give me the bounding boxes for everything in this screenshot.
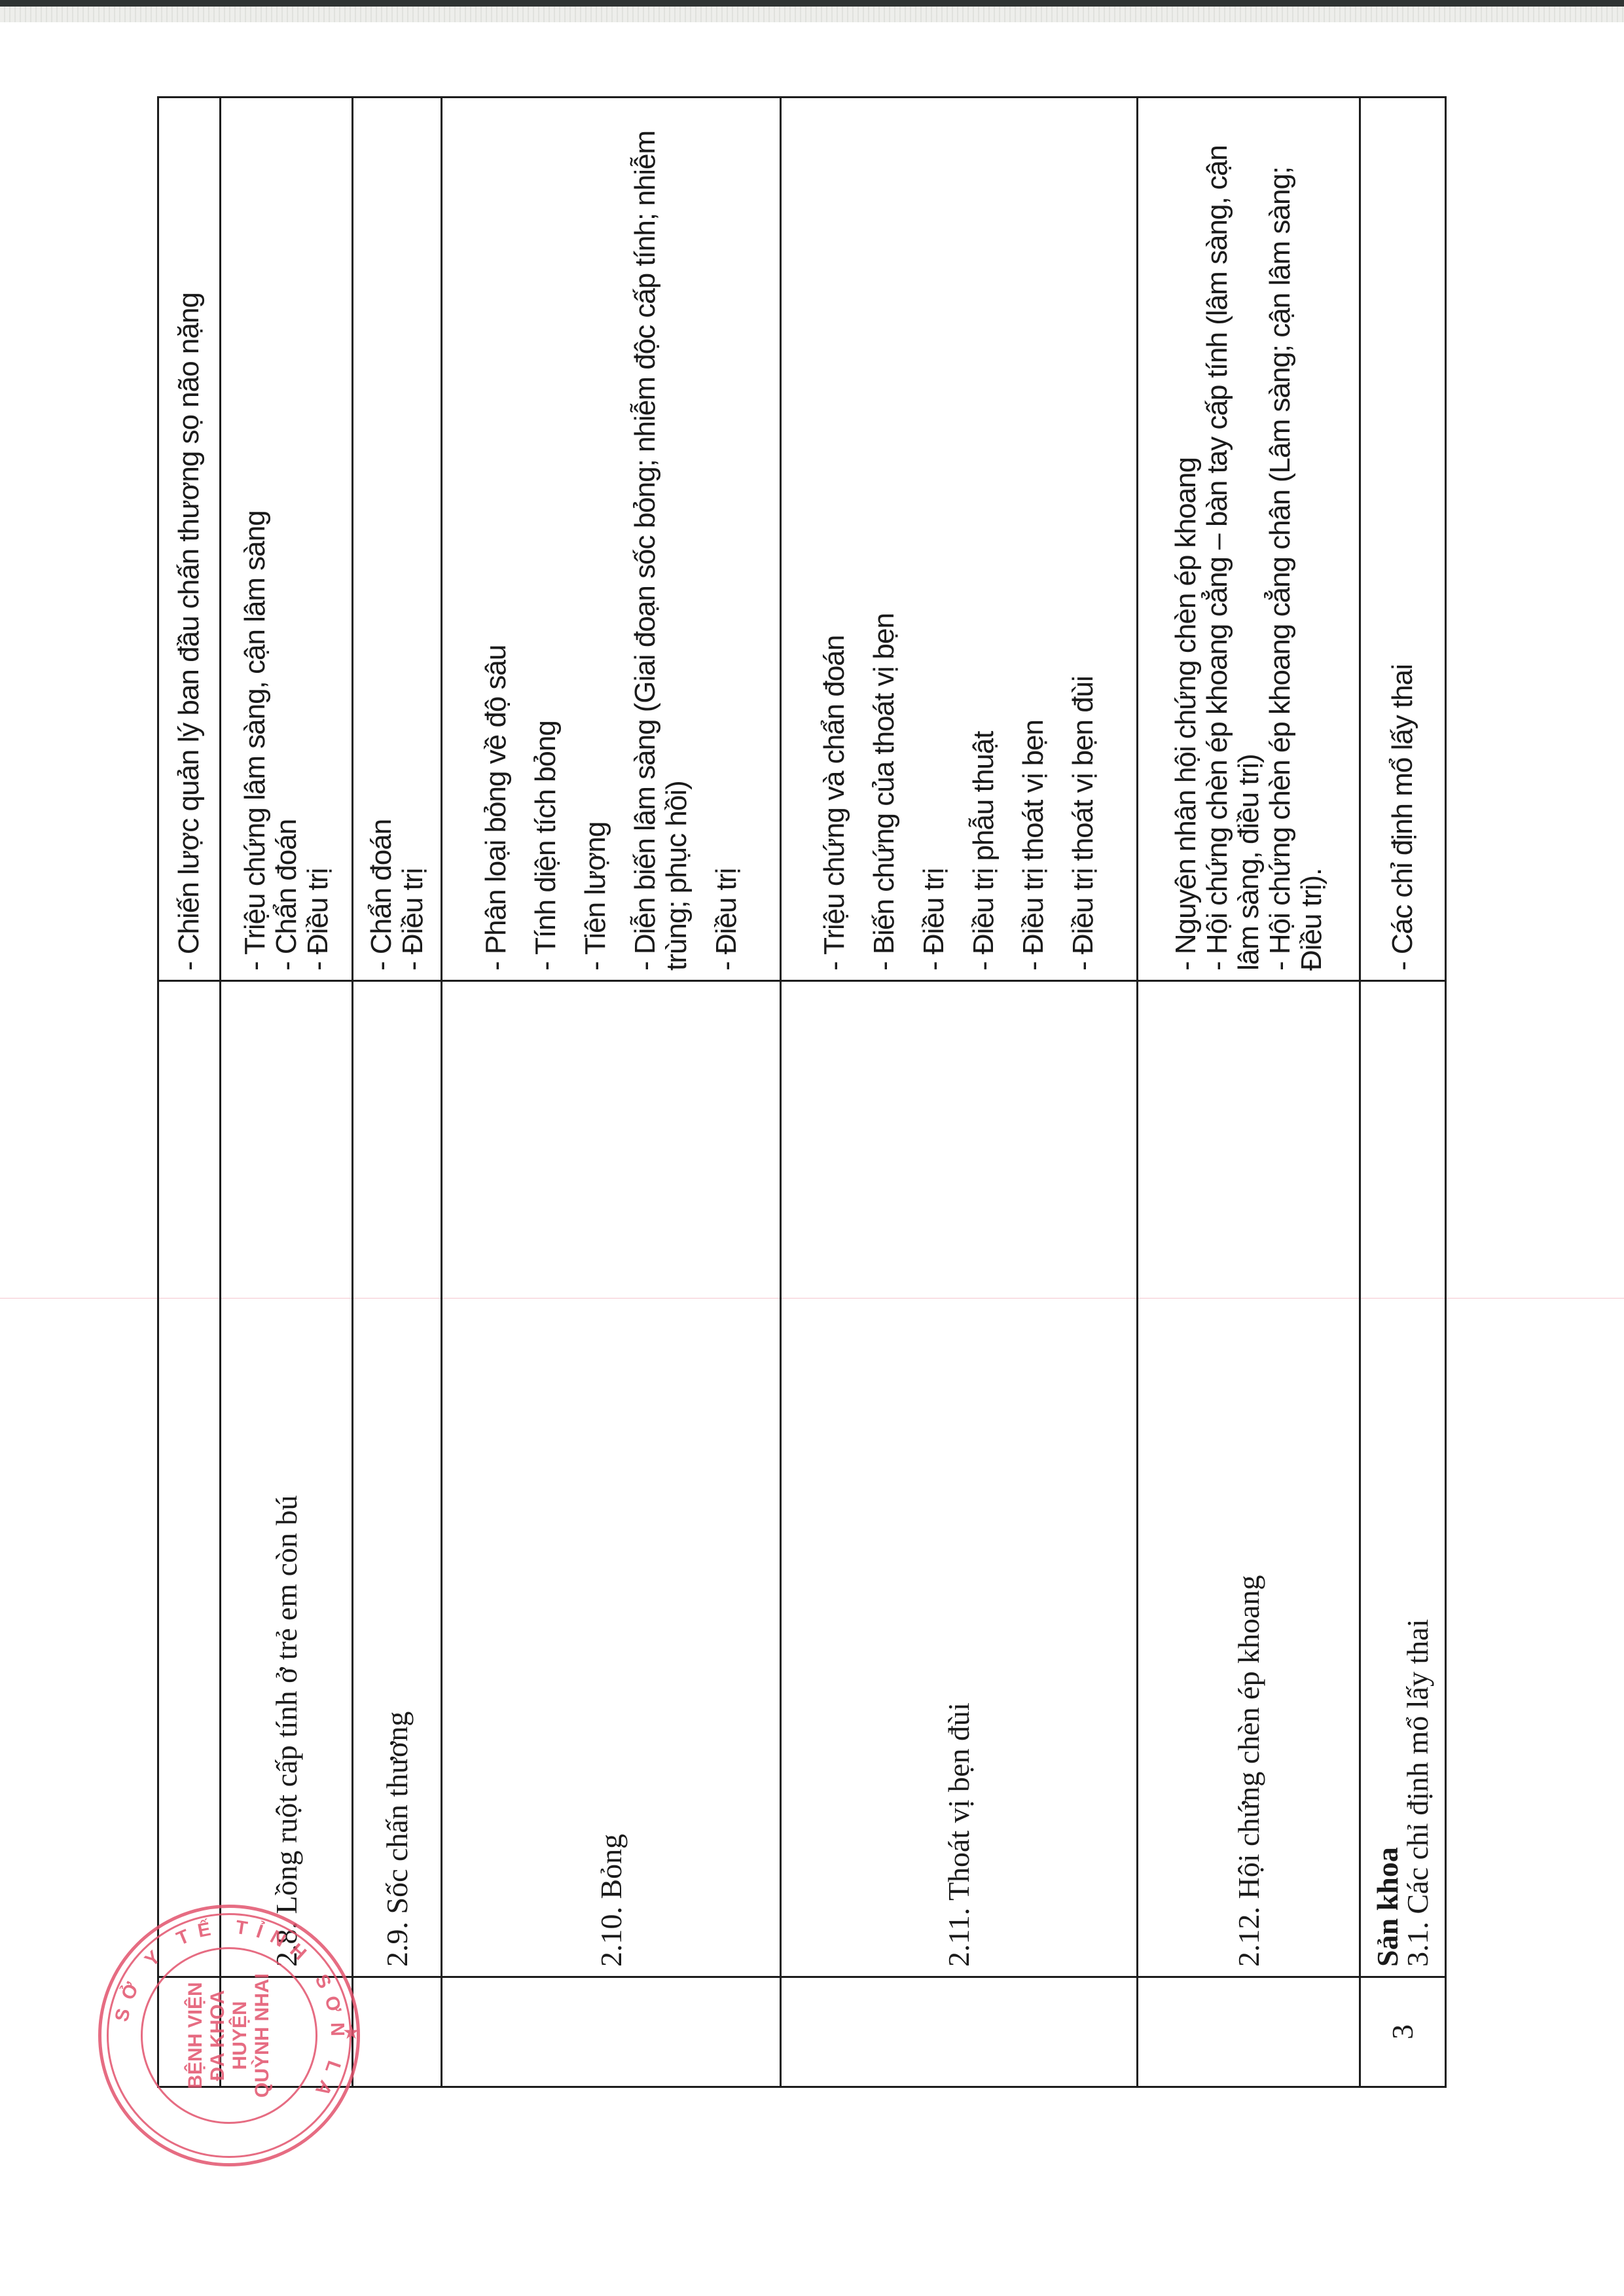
content-item: Điều trị phẫu thuật	[968, 107, 1000, 971]
index-cell	[781, 1977, 1138, 2087]
content-list: Triệu chứng lâm sàng, cận lâm sàng Chẩn …	[240, 107, 334, 971]
content-list: Các chỉ định mổ lấy thai	[1387, 107, 1418, 971]
table-row: 2.9. Sốc chấn thương Chẩn đoán Điều trị	[353, 98, 442, 2087]
content-item: Biến chứng của thoát vị bẹn	[869, 107, 900, 971]
table-row: 2.12. Hội chứng chèn ép khoang Nguyên nh…	[1138, 98, 1360, 2087]
star-icon: ★	[342, 2021, 360, 2044]
scanner-strip	[0, 7, 1624, 22]
content-cell: Triệu chứng lâm sàng, cận lâm sàng Chẩn …	[221, 98, 353, 981]
content-item: Chẩn đoán	[366, 107, 397, 971]
stamp-line: ĐA KHOA	[207, 1973, 229, 2098]
content-item: Nguyên nhân hội chứng chèn ép khoang	[1170, 107, 1202, 971]
index-cell	[442, 1977, 781, 2087]
table-row: Chiến lược quản lý ban đầu chấn thương s…	[158, 98, 221, 2087]
content-item: Điều trị	[918, 107, 950, 971]
index-cell	[353, 1977, 442, 2087]
content-item: Điều trị thoát vị bẹn	[1018, 107, 1049, 971]
rotated-page-content: Chiến lược quản lý ban đầu chấn thương s…	[157, 98, 1445, 2088]
content-cell: Các chỉ định mổ lấy thai	[1360, 98, 1446, 981]
content-item: Chẩn đoán	[271, 107, 302, 971]
content-item: Hội chứng chèn ép khoang cẳng – bàn tay …	[1202, 107, 1265, 971]
stamp-center-text: BỆNH VIỆN ĐA KHOA HUYỆN QUỲNH NHAI	[185, 1973, 274, 2098]
topic-cell: 2.12. Hội chứng chèn ép khoang	[1138, 981, 1360, 1977]
content-list: Phân loại bỏng về độ sâu Tính diện tích …	[480, 107, 742, 971]
content-item: Các chỉ định mổ lấy thai	[1387, 107, 1418, 971]
index-cell	[1138, 1977, 1360, 2087]
content-item: Điều trị	[302, 107, 334, 971]
content-cell: Nguyên nhân hội chứng chèn ép khoang Hội…	[1138, 98, 1360, 981]
topic-cell: 2.11. Thoát vị bẹn đùi	[781, 981, 1138, 1977]
topic-cell: 2.9. Sốc chấn thương	[353, 981, 442, 1977]
content-item: Chiến lược quản lý ban đầu chấn thương s…	[173, 107, 205, 971]
table-row: 2.10. Bỏng Phân loại bỏng về độ sâu Tính…	[442, 98, 781, 2087]
topic-cell	[158, 981, 221, 1977]
content-item: Triệu chứng và chẩn đoán	[819, 107, 850, 971]
content-item: Triệu chứng lâm sàng, cận lâm sàng	[240, 107, 271, 971]
content-list: Nguyên nhân hội chứng chèn ép khoang Hội…	[1170, 107, 1327, 971]
content-item: Điều trị	[397, 107, 429, 971]
topic-cell: 2.10. Bỏng	[442, 981, 781, 1977]
table-row: 3 Sản khoa 3.1. Các chỉ định mổ lấy thai…	[1360, 98, 1446, 2087]
topic-cell: Sản khoa 3.1. Các chỉ định mổ lấy thai	[1360, 981, 1446, 1977]
stamp-line: QUỲNH NHAI	[251, 1973, 274, 2098]
content-item: Phân loại bỏng về độ sâu	[480, 107, 512, 971]
content-list: Triệu chứng và chẩn đoán Biến chứng của …	[819, 107, 1099, 971]
content-cell: Phân loại bỏng về độ sâu Tính diện tích …	[442, 98, 781, 981]
content-cell: Triệu chứng và chẩn đoán Biến chứng của …	[781, 98, 1138, 981]
content-item: Điều trị thoát vị bẹn đùi	[1068, 107, 1099, 971]
content-cell: Chiến lược quản lý ban đầu chấn thương s…	[158, 98, 221, 981]
index-cell: 3	[1360, 1977, 1446, 2087]
stamp-line: HUYỆN	[229, 1973, 251, 2098]
topic-cell: 2.8. Lồng ruột cấp tính ở trẻ em còn bú	[221, 981, 353, 1977]
stamp-line: BỆNH VIỆN	[185, 1973, 207, 2098]
content-item: Tiên lượng	[580, 107, 611, 971]
content-item: Diễn biến lâm sàng (Giai đoạn sốc bỏng; …	[630, 107, 693, 971]
content-item: Điều trị	[711, 107, 742, 971]
hospital-stamp: SỞ Y TẾ TỈNH SƠN LA BỆNH VIỆN ĐA KHOA HU…	[98, 1905, 360, 2166]
content-item: Tính diện tích bỏng	[530, 107, 562, 971]
table-row: 2.11. Thoát vị bẹn đùi Triệu chứng và ch…	[781, 98, 1138, 2087]
content-list: Chiến lược quản lý ban đầu chấn thương s…	[173, 107, 205, 971]
curriculum-table: Chiến lược quản lý ban đầu chấn thương s…	[157, 96, 1447, 2088]
content-cell: Chẩn đoán Điều trị	[353, 98, 442, 981]
table-row: 2.8. Lồng ruột cấp tính ở trẻ em còn bú …	[221, 98, 353, 2087]
scanner-edge	[0, 0, 1624, 7]
section-title: Sản khoa	[1373, 991, 1403, 1967]
content-list: Chẩn đoán Điều trị	[366, 107, 429, 971]
content-item: Hội chứng chèn ép khoang cẳng chân (Lâm …	[1265, 107, 1327, 971]
topic-title: 3.1. Các chỉ định mổ lấy thai	[1403, 991, 1433, 1967]
